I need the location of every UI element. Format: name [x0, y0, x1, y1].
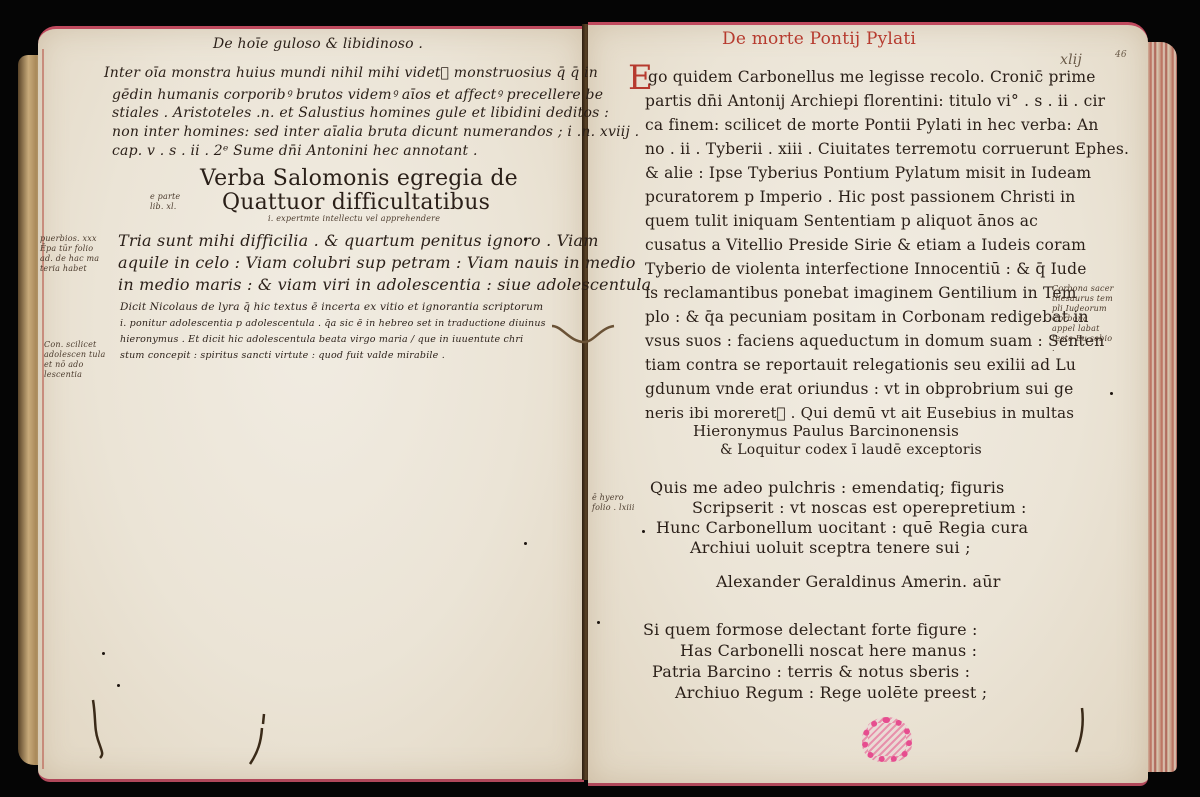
pricking-dot — [524, 542, 527, 545]
main-text-line: & alie : Ipse Tyberius Pontium Pylatum m… — [645, 164, 1091, 182]
heading-interlinear-gloss: i. expertmte intellectu vel apprehendere — [268, 214, 440, 224]
intro-line: stiales . Aristoteles .n. et Salustius h… — [112, 105, 609, 121]
ink-stroke-icon — [248, 712, 268, 768]
main-text-line: neris ibi moreret᷑ . Qui demū vt ait Eus… — [645, 404, 1074, 422]
poem-line: Quis me adeo pulchris : emendatiq; figur… — [650, 478, 1004, 497]
main-text-line: Tyberio de violenta interfectione Innoce… — [645, 260, 1087, 278]
main-text-line: is reclamantibus ponebat imaginem Gentil… — [645, 284, 1077, 302]
commentary-line: stum concepit : spiritus sancti virtute … — [120, 350, 445, 361]
poem-line: Archiui uoluit sceptra tenere sui ; — [690, 538, 971, 557]
commentary-line: Dicit Nicolaus de lyra q̄ hic textus ē i… — [120, 301, 543, 313]
commentary-margin-note: Con. scilicet adolescen tula et nō ado l… — [44, 340, 116, 380]
pricking-dot — [117, 684, 120, 687]
ink-stroke-icon — [88, 698, 108, 762]
attribution-subheading: & Loquitur codex ī laudē exceptoris — [720, 442, 982, 458]
attribution-heading: Hieronymus Paulus Barcinonensis — [693, 422, 959, 440]
pricking-dot — [524, 238, 527, 241]
folio-number: xlij — [1060, 52, 1082, 68]
ink-stroke-icon — [1074, 706, 1090, 756]
section-heading-line: Quattuor difficultatibus — [222, 190, 490, 215]
right-running-head: De morte Pontij Pylati — [722, 29, 916, 49]
intro-line: gēdin humanis corporibꝰ brutos videmꝰ aī… — [112, 85, 603, 104]
main-text-line: in medio maris : & viam viri in adolesce… — [118, 275, 651, 294]
main-text-line: ca finem: scilicet de morte Pontii Pylat… — [645, 116, 1099, 134]
main-text-line: cusatus a Vitellio Preside Sirie & etiam… — [645, 236, 1086, 254]
pricking-dot — [642, 530, 645, 533]
pricking-dot — [102, 652, 105, 655]
intro-line: Inter oīa monstra huius mundi nihil mihi… — [104, 65, 598, 81]
pencil-folio-number: 46 — [1115, 50, 1127, 60]
main-margin-note: puerbios. xxx Ēpa tūr folio ad. de hac m… — [40, 234, 108, 274]
poem-line: Hunc Carbonellum uocitant : quē Regia cu… — [656, 518, 1028, 537]
main-text-line: no . ii . Tyberii . xiii . Ciuitates ter… — [645, 140, 1129, 158]
main-text-line: gdunum vnde erat oriundus : vt in obprob… — [645, 380, 1073, 398]
commentary-line: i. ponitur adolescentia p adolescentula … — [120, 318, 546, 329]
intro-line: non inter homines: sed inter aīalia brut… — [112, 124, 639, 140]
margin-note-corbona: Corbona sacer thesaurus tem pli Iudeorum… — [1052, 284, 1114, 354]
attribution-heading: Alexander Geraldinus Amerin. aūr — [716, 572, 1001, 591]
main-text-line: pcuratorem p Imperio . Hic post passione… — [645, 188, 1075, 206]
main-text-line: go quidem Carbonellus me legisse recolo.… — [648, 68, 1096, 86]
main-text-line: quem tulit iniquam Sententiam p aliquot … — [645, 212, 1038, 230]
pricking-dot — [1110, 392, 1113, 395]
open-manuscript: De hoīe guloso & libidinoso . Inter oīa … — [0, 0, 1200, 797]
binding-thread-icon — [548, 320, 618, 360]
left-running-head: De hoīe guloso & libidinoso . — [213, 36, 423, 52]
library-stamp-icon — [862, 717, 912, 762]
poem-line: Si quem formose delectant forte figure : — [643, 620, 978, 639]
heading-margin-note: e parte lib. xl. — [150, 192, 190, 212]
section-heading-line: Verba Salomonis egregia de — [200, 166, 518, 191]
intro-line: cap. v . s . ii . 2ᵉ Sume dn̄i Antonini … — [112, 143, 478, 159]
main-text-line: partis dn̄i Antonij Archiepi florentini:… — [645, 92, 1105, 110]
main-text-line: vsus suos : faciens aqueductum in domum … — [645, 332, 1104, 350]
poem-line: Scripserit : vt noscas est operepretium … — [692, 498, 1027, 517]
poem-line: Patria Barcino : terris & notus sberis : — [652, 662, 970, 681]
commentary-line: hieronymus . Et dicit hic adolescentula … — [120, 334, 523, 345]
pricking-dot — [597, 621, 600, 624]
main-text-line: aquile in celo : Viam colubri sup petram… — [118, 253, 636, 272]
poem-line: Has Carbonelli noscat here manus : — [680, 641, 977, 660]
main-text-line: plo : & q̄a pecuniam positam in Corbonam… — [645, 308, 1089, 326]
poem-line: Archiuo Regum : Rege uolēte preest ; — [675, 683, 987, 702]
main-text-line: tiam contra se reportauit relegationis s… — [645, 356, 1076, 374]
poem-margin-note: ē hyero folio . lxiii — [592, 493, 642, 513]
